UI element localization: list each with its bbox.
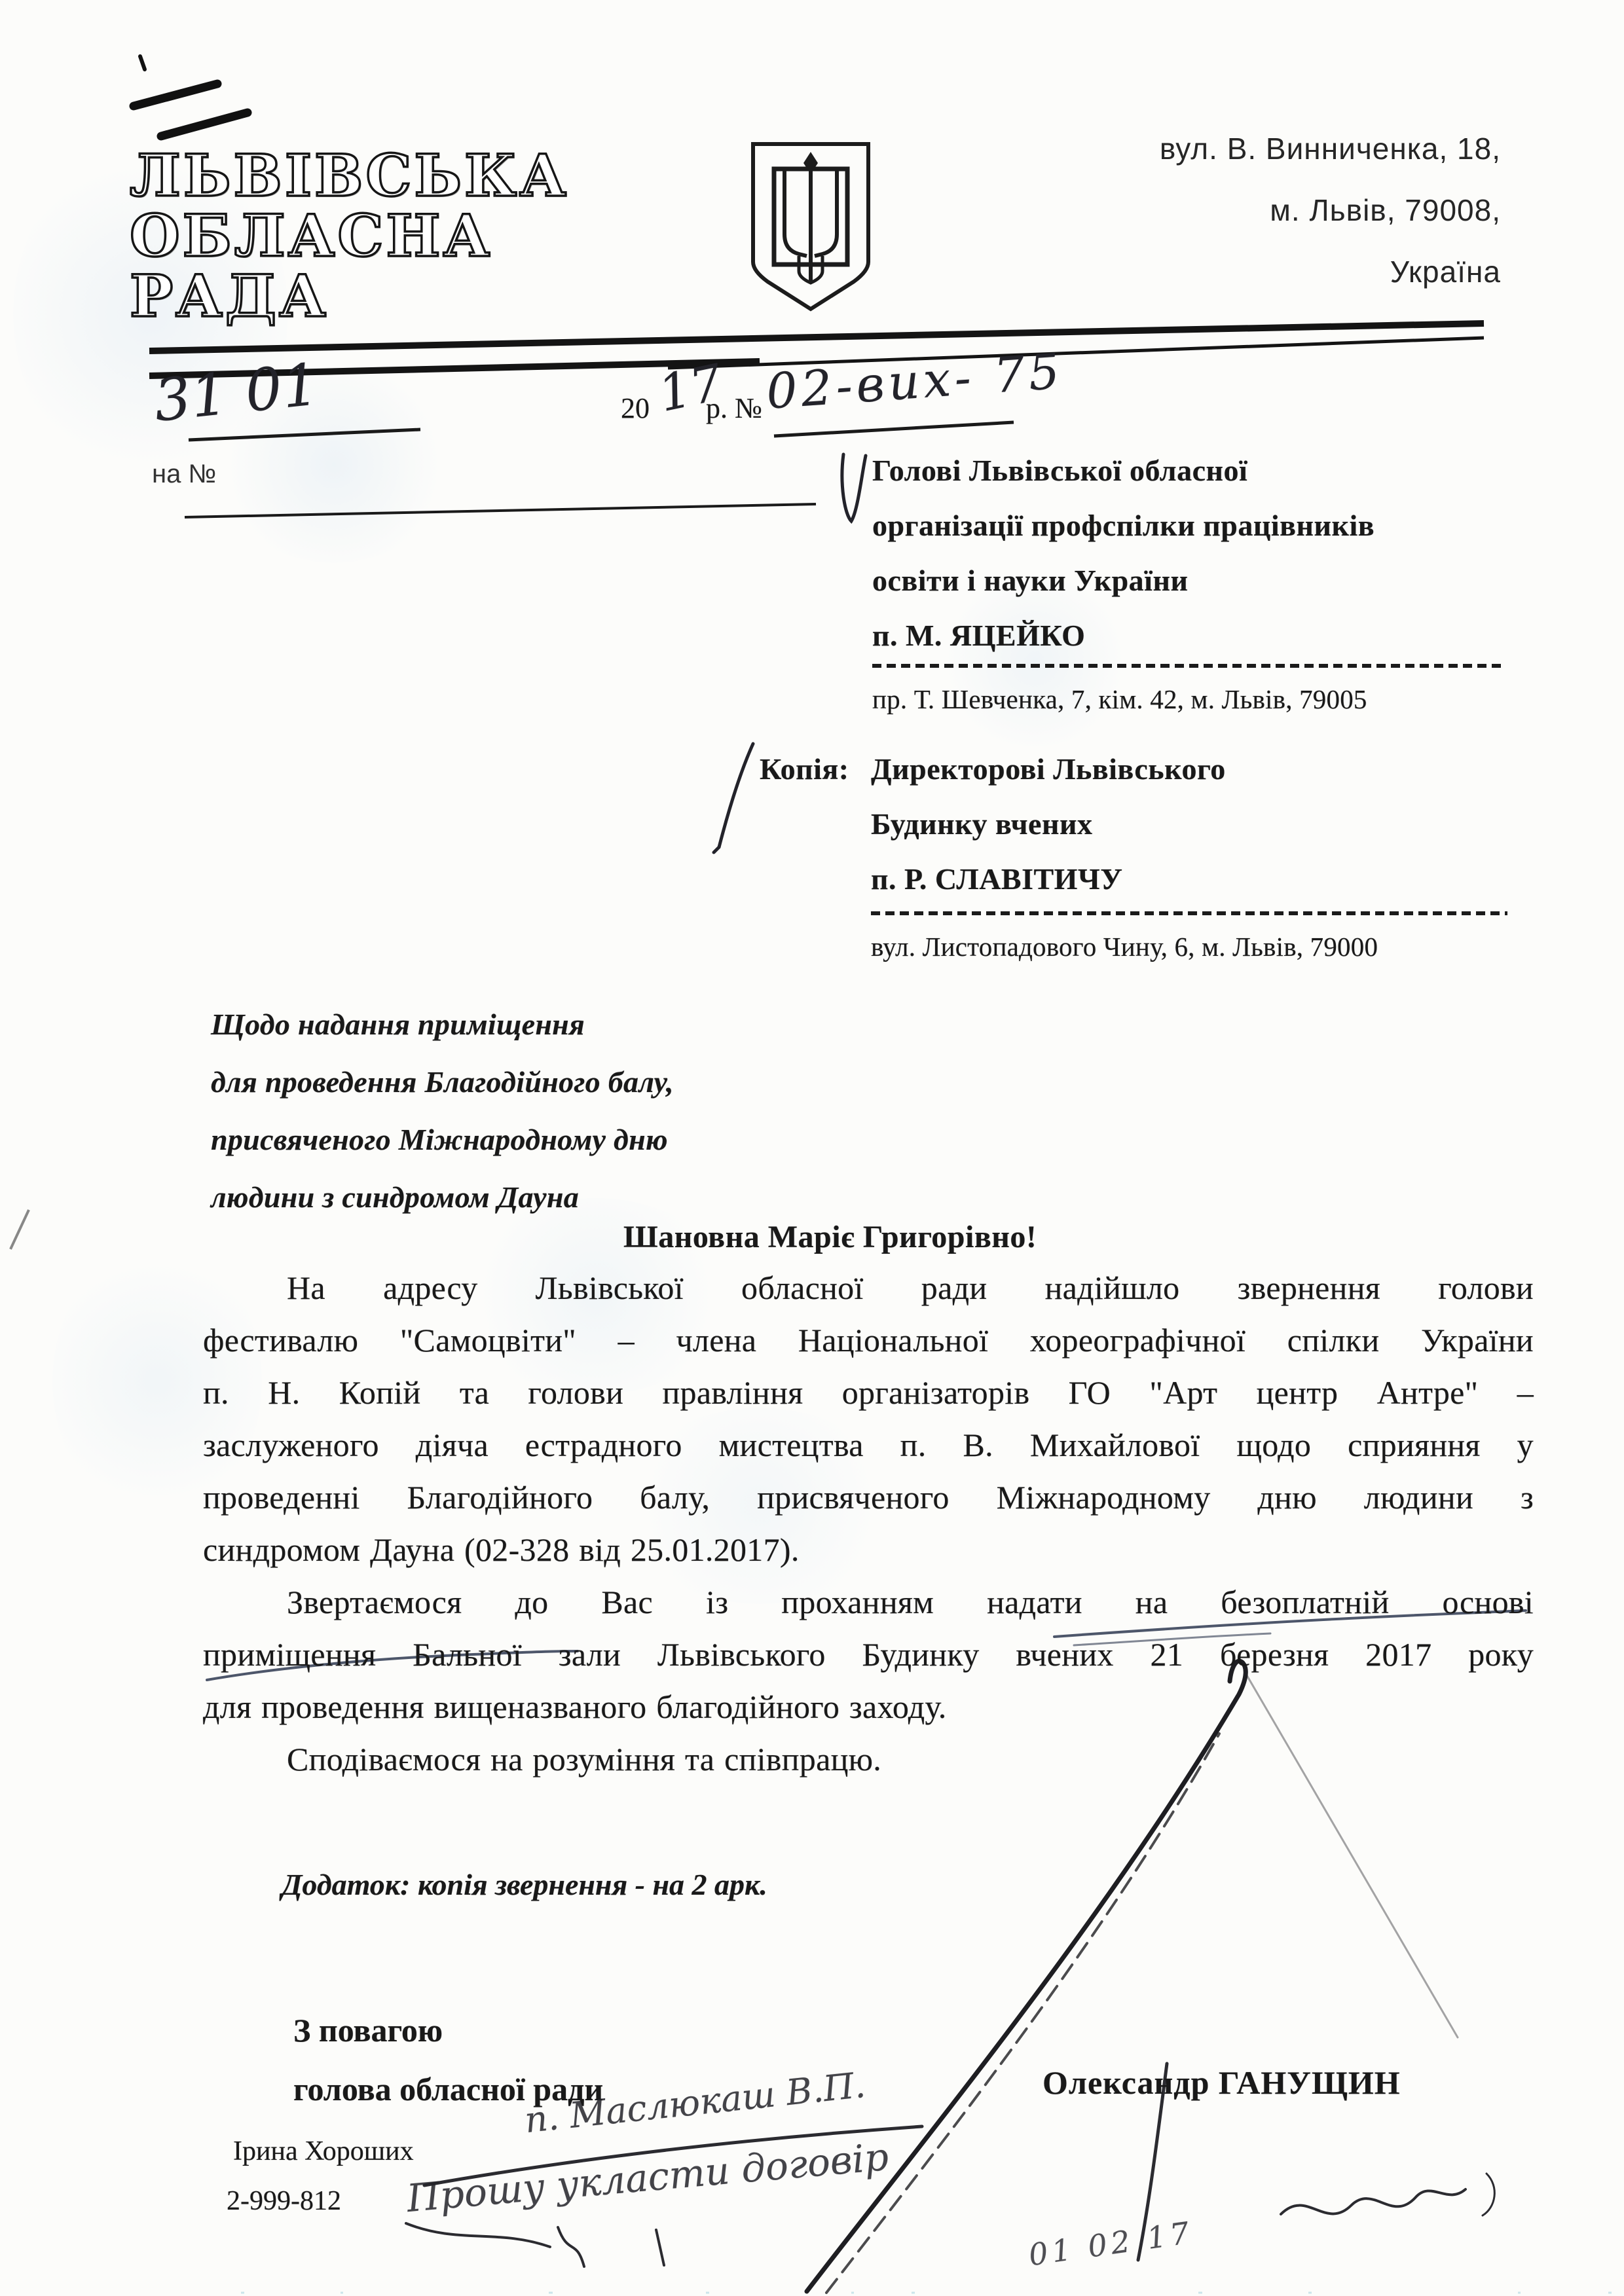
signature-closing: З повагою [293, 2011, 443, 2049]
recipient-line: організації профспілки працівників [872, 508, 1375, 543]
body-line: для проведення вищеназваного благодійног… [203, 1688, 1534, 1726]
copy-recipient-name: п. Р. СЛАВІТИЧУ [871, 862, 1122, 896]
body-line: На адресу Львівської обласної ради надій… [203, 1269, 1534, 1307]
dashed-separator [871, 911, 1507, 915]
pen-marks-top-left [134, 56, 248, 136]
subject-line: Щодо надання приміщення [211, 1007, 585, 1042]
year-prefix: 20 [621, 392, 650, 425]
body-line: п. Н. Копій та голови правління організа… [203, 1374, 1534, 1412]
copy-label: Копія: [760, 752, 849, 786]
scanned-letter-page: ЛЬВІВСЬКА ОБЛАСНА РАДА вул. В. Винниченк… [0, 0, 1624, 2296]
copy-recipient-address: вул. Листопадового Чину, 6, м. Львів, 79… [871, 931, 1378, 962]
body-line: Звертаємося до Вас із проханням надати н… [203, 1583, 1534, 1621]
subject-line: для проведення Благодійного балу, [211, 1065, 674, 1099]
copy-recipient-line: Директорові Львівського [871, 752, 1226, 786]
recipient-line: освіти і науки України [872, 563, 1188, 598]
subject-line: людини з синдромом Дауна [211, 1180, 579, 1214]
body-line: заслуженого діяча естрадного мистецтва п… [203, 1426, 1534, 1464]
attachment-note: Додаток: копія звернення - на 2 арк. [282, 1867, 767, 1902]
checkmark-copy [714, 744, 753, 852]
margin-mark [10, 1210, 29, 1249]
dashed-separator [872, 664, 1502, 668]
salutation: Шановна Маріє Григорівно! [623, 1219, 1037, 1255]
recipient-line: Голові Львівської обласної [872, 453, 1247, 488]
copy-recipient-line: Будинку вчених [871, 807, 1092, 841]
executor-name: Ірина Хороших [233, 2136, 414, 2167]
body-line: проведенні Благодійного балу, присвячено… [203, 1478, 1534, 1516]
executor-phone: 2-999-812 [227, 2185, 341, 2217]
subject-line: присвяченого Міжнародному дню [211, 1122, 668, 1157]
recipient-address: пр. Т. Шевченка, 7, кім. 42, м. Львів, 7… [872, 683, 1367, 715]
body-line: фестивалю "Самоцвіти" – члена Національн… [203, 1321, 1534, 1359]
recipient-name: п. М. ЯЦЕЙКО [872, 618, 1085, 653]
signature-name: Олександр ГАНУЩИН [1043, 2064, 1401, 2102]
body-line: приміщення Бальної зали Львівського Буди… [203, 1635, 1534, 1673]
number-label: р. № [706, 392, 762, 425]
checkmark-recipient [842, 454, 866, 521]
body-line: синдромом Дауна (02-328 від 25.01.2017). [203, 1531, 1534, 1569]
body-line: Сподіваємося на розуміння та співпрацю. [203, 1740, 1534, 1778]
reply-label: на № [152, 460, 216, 489]
